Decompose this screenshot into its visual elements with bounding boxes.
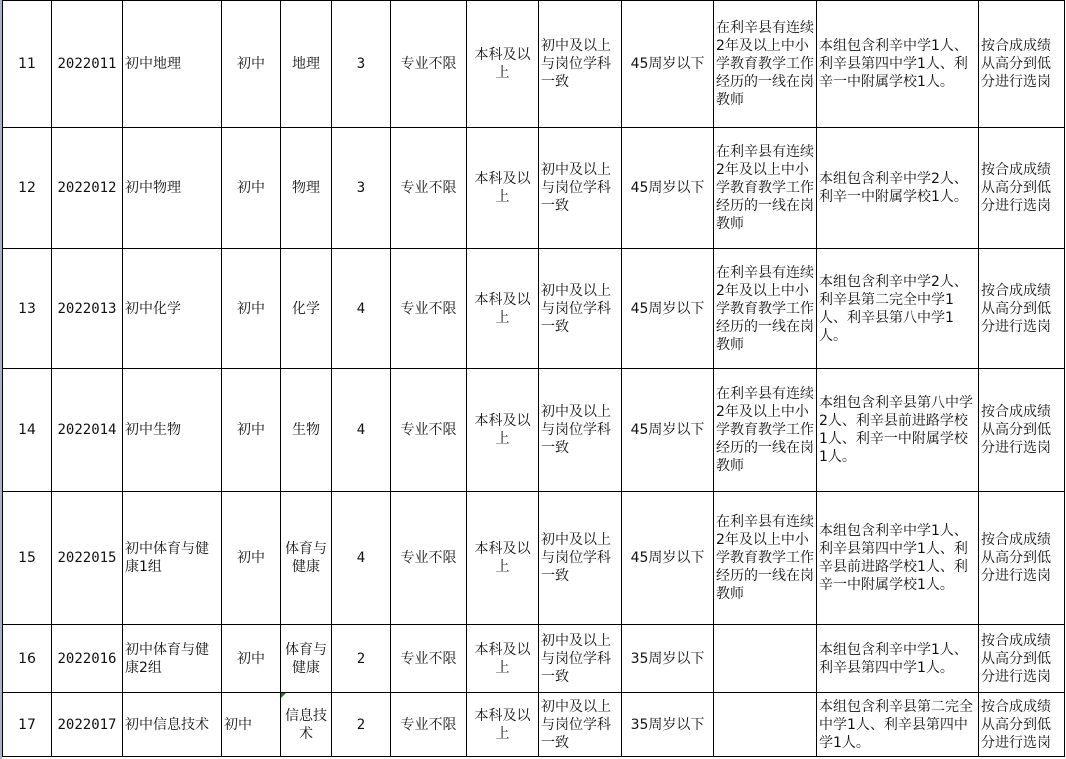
cell-certificate[interactable]: 初中及以上与岗位学科一致 — [539, 128, 622, 249]
cell-requirement[interactable]: 在利辛县有连续2年及以上中小学教育教学工作经历的一线在岗教师 — [714, 1, 817, 128]
cell-subject[interactable]: 物理 — [281, 128, 332, 249]
cell-certificate[interactable]: 初中及以上与岗位学科一致 — [539, 369, 622, 492]
cell-note[interactable]: 本组包含利辛中学2人、利辛一中附属学校1人。 — [817, 128, 979, 249]
table-row: 15 2022015 初中体育与健康1组 初中 体育与健康 4 专业不限 本科及… — [3, 492, 1065, 625]
cell-method[interactable]: 按合成成绩从高分到低分进行选岗 — [979, 492, 1065, 625]
cell-count[interactable]: 2 — [332, 693, 391, 757]
cell-requirement[interactable]: 在利辛县有连续2年及以上中小学教育教学工作经历的一线在岗教师 — [714, 249, 817, 369]
cell-education[interactable]: 本科及以上 — [467, 1, 539, 128]
cell-seq[interactable]: 15 — [3, 492, 52, 625]
cell-code[interactable]: 2022011 — [52, 1, 123, 128]
cell-code[interactable]: 2022017 — [52, 693, 123, 757]
cell-age[interactable]: 35周岁以下 — [622, 693, 714, 757]
cell-seq[interactable]: 16 — [3, 625, 52, 693]
cell-seq[interactable]: 14 — [3, 369, 52, 492]
cell-note[interactable]: 本组包含利辛中学2人、利辛县第二完全中学1人、利辛县第八中学1人。 — [817, 249, 979, 369]
cell-education[interactable]: 本科及以上 — [467, 625, 539, 693]
cell-certificate[interactable]: 初中及以上与岗位学科一致 — [539, 693, 622, 757]
cell-certificate[interactable]: 初中及以上与岗位学科一致 — [539, 492, 622, 625]
cell-position[interactable]: 初中物理 — [123, 128, 222, 249]
cell-method[interactable]: 按合成成绩从高分到低分进行选岗 — [979, 249, 1065, 369]
cell-level[interactable]: 初中 — [222, 128, 281, 249]
table-row: 17 2022017 初中信息技术 初中 信息技术 2 专业不限 本科及以上 初… — [3, 693, 1065, 757]
cell-position[interactable]: 初中体育与健康1组 — [123, 492, 222, 625]
cell-note[interactable]: 本组包含利辛县第八中学2人、利辛县前进路学校1人、利辛一中附属学校1人。 — [817, 369, 979, 492]
cell-requirement[interactable]: 在利辛县有连续2年及以上中小学教育教学工作经历的一线在岗教师 — [714, 128, 817, 249]
cell-subject[interactable]: 化学 — [281, 249, 332, 369]
cell-major[interactable]: 专业不限 — [391, 1, 467, 128]
cell-position[interactable]: 初中体育与健康2组 — [123, 625, 222, 693]
cell-requirement[interactable]: 在利辛县有连续2年及以上中小学教育教学工作经历的一线在岗教师 — [714, 369, 817, 492]
cell-code[interactable]: 2022013 — [52, 249, 123, 369]
cell-level[interactable]: 初中 — [222, 492, 281, 625]
cell-method[interactable]: 按合成成绩从高分到低分进行选岗 — [979, 693, 1065, 757]
cell-education[interactable]: 本科及以上 — [467, 369, 539, 492]
cell-note[interactable]: 本组包含利辛中学1人、利辛县第四中学1人、利辛县前进路学校1人、利辛一中附属学校… — [817, 492, 979, 625]
cell-certificate[interactable]: 初中及以上与岗位学科一致 — [539, 1, 622, 128]
cell-count[interactable]: 2 — [332, 625, 391, 693]
cell-major[interactable]: 专业不限 — [391, 369, 467, 492]
cell-method[interactable]: 按合成成绩从高分到低分进行选岗 — [979, 625, 1065, 693]
cell-major[interactable]: 专业不限 — [391, 249, 467, 369]
cell-age[interactable]: 45周岁以下 — [622, 492, 714, 625]
cell-note[interactable]: 本组包含利辛中学1人、利辛县第四中学1人。 — [817, 625, 979, 693]
cell-age[interactable]: 45周岁以下 — [622, 128, 714, 249]
cell-certificate[interactable]: 初中及以上与岗位学科一致 — [539, 249, 622, 369]
cell-seq[interactable]: 17 — [3, 693, 52, 757]
cell-age[interactable]: 45周岁以下 — [622, 1, 714, 128]
cell-major[interactable]: 专业不限 — [391, 492, 467, 625]
table-row: 12 2022012 初中物理 初中 物理 3 专业不限 本科及以上 初中及以上… — [3, 128, 1065, 249]
table-row: 11 2022011 初中地理 初中 地理 3 专业不限 本科及以上 初中及以上… — [3, 1, 1065, 128]
table-row: 16 2022016 初中体育与健康2组 初中 体育与健康 2 专业不限 本科及… — [3, 625, 1065, 693]
recruitment-table: 11 2022011 初中地理 初中 地理 3 专业不限 本科及以上 初中及以上… — [2, 0, 1065, 757]
cell-age[interactable]: 45周岁以下 — [622, 369, 714, 492]
cell-position[interactable]: 初中地理 — [123, 1, 222, 128]
cell-code[interactable]: 2022014 — [52, 369, 123, 492]
cell-count[interactable]: 4 — [332, 492, 391, 625]
cell-subject[interactable]: 体育与健康 — [281, 492, 332, 625]
cell-level[interactable]: 初中 — [222, 693, 281, 757]
cell-seq[interactable]: 11 — [3, 1, 52, 128]
cell-method[interactable]: 按合成成绩从高分到低分进行选岗 — [979, 128, 1065, 249]
table-row: 14 2022014 初中生物 初中 生物 4 专业不限 本科及以上 初中及以上… — [3, 369, 1065, 492]
cell-requirement[interactable] — [714, 625, 817, 693]
cell-education[interactable]: 本科及以上 — [467, 492, 539, 625]
cell-code[interactable]: 2022012 — [52, 128, 123, 249]
cell-education[interactable]: 本科及以上 — [467, 693, 539, 757]
cell-method[interactable]: 按合成成绩从高分到低分进行选岗 — [979, 369, 1065, 492]
cell-certificate[interactable]: 初中及以上与岗位学科一致 — [539, 625, 622, 693]
cell-education[interactable]: 本科及以上 — [467, 249, 539, 369]
cell-code[interactable]: 2022016 — [52, 625, 123, 693]
cell-note[interactable]: 本组包含利辛中学1人、利辛县第四中学1人、利辛一中附属学校1人。 — [817, 1, 979, 128]
cell-major[interactable]: 专业不限 — [391, 693, 467, 757]
cell-age[interactable]: 45周岁以下 — [622, 249, 714, 369]
cell-count[interactable]: 3 — [332, 128, 391, 249]
cell-count[interactable]: 4 — [332, 369, 391, 492]
table-row: 13 2022013 初中化学 初中 化学 4 专业不限 本科及以上 初中及以上… — [3, 249, 1065, 369]
cell-level[interactable]: 初中 — [222, 625, 281, 693]
cell-note[interactable]: 本组包含利辛县第二完全中学1人、利辛县第四中学1人。 — [817, 693, 979, 757]
cell-subject[interactable]: 地理 — [281, 1, 332, 128]
cell-subject[interactable]: 生物 — [281, 369, 332, 492]
cell-requirement[interactable]: 在利辛县有连续2年及以上中小学教育教学工作经历的一线在岗教师 — [714, 492, 817, 625]
cell-code[interactable]: 2022015 — [52, 492, 123, 625]
cell-subject[interactable]: 体育与健康 — [281, 625, 332, 693]
cell-subject[interactable]: 信息技术 — [281, 693, 332, 757]
cell-position[interactable]: 初中生物 — [123, 369, 222, 492]
cell-position[interactable]: 初中化学 — [123, 249, 222, 369]
cell-count[interactable]: 4 — [332, 249, 391, 369]
cell-major[interactable]: 专业不限 — [391, 625, 467, 693]
cell-method[interactable]: 按合成成绩从高分到低分进行选岗 — [979, 1, 1065, 128]
cell-level[interactable]: 初中 — [222, 249, 281, 369]
cell-major[interactable]: 专业不限 — [391, 128, 467, 249]
cell-age[interactable]: 35周岁以下 — [622, 625, 714, 693]
cell-position[interactable]: 初中信息技术 — [123, 693, 222, 757]
cell-seq[interactable]: 12 — [3, 128, 52, 249]
cell-requirement[interactable] — [714, 693, 817, 757]
cell-seq[interactable]: 13 — [3, 249, 52, 369]
cell-level[interactable]: 初中 — [222, 1, 281, 128]
cell-level[interactable]: 初中 — [222, 369, 281, 492]
cell-education[interactable]: 本科及以上 — [467, 128, 539, 249]
cell-count[interactable]: 3 — [332, 1, 391, 128]
